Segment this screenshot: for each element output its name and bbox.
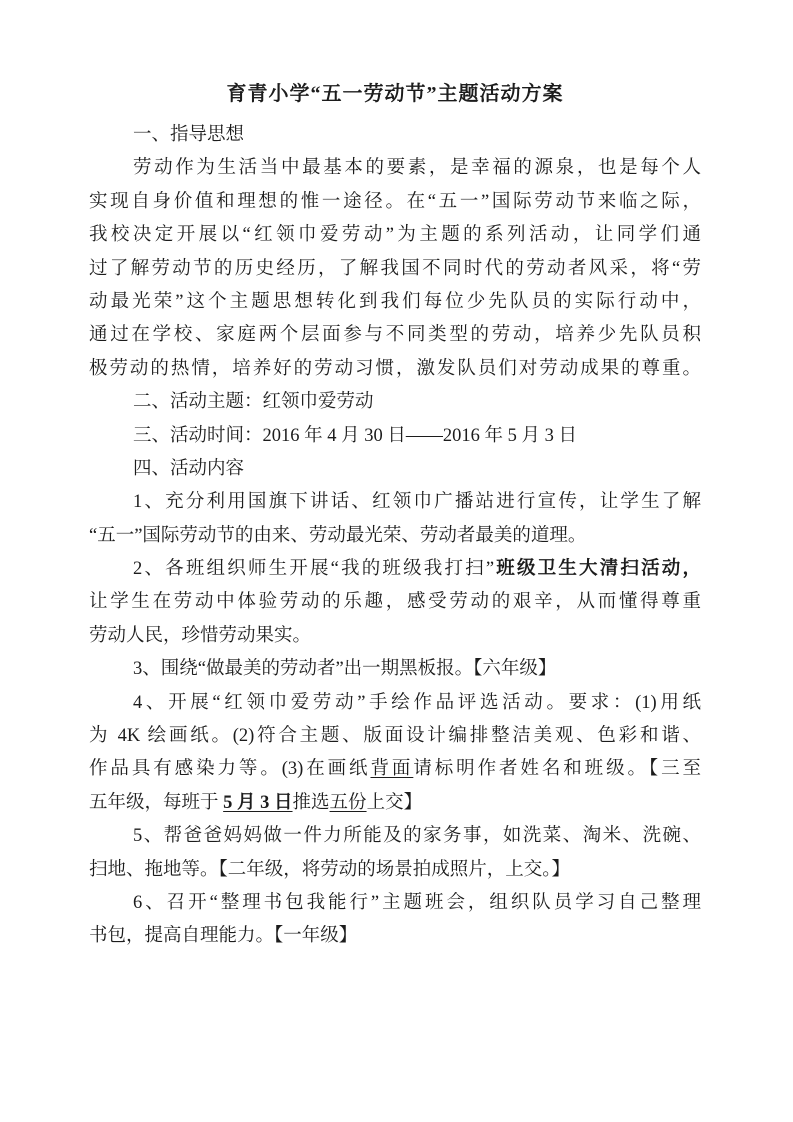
- doc-line: 三、活动时间：2016 年 4 月 30 日——2016 年 5 月 3 日: [89, 420, 701, 453]
- doc-line: 动最光荣”这个主题思想转化到我们每位少先队员的实际行动中，: [89, 286, 701, 319]
- text-segment: “五一”国际劳动节的由来、劳动最光荣、劳动者最美的道理。: [89, 526, 586, 546]
- text-segment: 实现自身价值和理想的惟一途径。在“五一”国际劳动节来临之际，: [89, 192, 701, 212]
- doc-line: 四、活动内容: [89, 453, 701, 486]
- doc-line: 6、召开“整理书包我能行”主题班会，组织队员学习自己整理: [89, 887, 701, 920]
- document-body: 一、指导思想劳动作为生活当中最基本的要素，是幸福的源泉，也是每个人实现自身价值和…: [89, 119, 701, 954]
- text-segment: 2、各班组织师生开展“我的班级我打扫”: [133, 559, 494, 579]
- text-segment: 二、活动主题：红领巾爱劳动: [133, 392, 374, 412]
- doc-line: 实现自身价值和理想的惟一途径。在“五一”国际劳动节来临之际，: [89, 186, 701, 219]
- doc-line: 2、各班组织师生开展“我的班级我打扫”班级卫生大清扫活动，: [89, 553, 701, 586]
- text-segment: 扫地、拖地等。【二年级，将劳动的场景拍成照片，上交。】: [89, 860, 570, 880]
- emphasized-text: 班级卫生大清扫活动，: [494, 559, 701, 579]
- emphasized-text: 背面: [370, 759, 413, 779]
- doc-line: 扫地、拖地等。【二年级，将劳动的场景拍成照片，上交。】: [89, 854, 701, 887]
- text-segment: 4、开展“红领巾爱劳动”手绘作品评选活动。要求：(1)用纸: [133, 693, 701, 713]
- doc-line: 极劳动的热情，培养好的劳动习惯，激发队员们对劳动成果的尊重。: [89, 353, 701, 386]
- text-segment: 请标明作者姓名和班级。【三至: [413, 759, 701, 779]
- text-segment: 通过在学校、家庭两个层面参与不同类型的劳动，培养少先队员积: [89, 325, 701, 345]
- text-segment: 1、充分利用国旗下讲话、红领巾广播站进行宣传，让学生了解: [133, 492, 701, 512]
- doc-line: 让学生在劳动中体验劳动的乐趣，感受劳动的艰辛，从而懂得尊重: [89, 586, 701, 619]
- doc-line: 二、活动主题：红领巾爱劳动: [89, 386, 701, 419]
- text-segment: 作品具有感染力等。(3)在画纸: [89, 759, 370, 779]
- emphasized-text: 五份: [330, 793, 367, 813]
- text-segment: 书包，提高自理能力。【一年级】: [89, 926, 357, 946]
- text-segment: 一、指导思想: [133, 125, 244, 145]
- text-segment: 我校决定开展以“红领巾爱劳动”为主题的系列活动，让同学们通: [89, 225, 701, 245]
- document-page: 育青小学“五一劳动节”主题活动方案 一、指导思想劳动作为生活当中最基本的要素，是…: [0, 0, 793, 1122]
- doc-line: 我校决定开展以“红领巾爱劳动”为主题的系列活动，让同学们通: [89, 219, 701, 252]
- doc-line: 作品具有感染力等。(3)在画纸背面请标明作者姓名和班级。【三至: [89, 753, 701, 786]
- doc-line: 1、充分利用国旗下讲话、红领巾广播站进行宣传，让学生了解: [89, 486, 701, 519]
- text-segment: 劳动人民，珍惜劳动果实。: [89, 626, 311, 646]
- doc-line: 过了解劳动节的历史经历，了解我国不同时代的劳动者风采，将“劳: [89, 253, 701, 286]
- doc-line: 4、开展“红领巾爱劳动”手绘作品评选活动。要求：(1)用纸: [89, 687, 701, 720]
- doc-line: 一、指导思想: [89, 119, 701, 152]
- text-segment: 劳动作为生活当中最基本的要素，是幸福的源泉，也是每个人: [133, 158, 701, 178]
- doc-line: “五一”国际劳动节的由来、劳动最光荣、劳动者最美的道理。: [89, 520, 701, 553]
- document-content: 育青小学“五一劳动节”主题活动方案 一、指导思想劳动作为生活当中最基本的要素，是…: [89, 80, 701, 954]
- doc-line: 五年级，每班于 5 月 3 日推选五份上交】: [89, 787, 701, 820]
- text-segment: 动最光荣”这个主题思想转化到我们每位少先队员的实际行动中，: [89, 292, 701, 312]
- doc-line: 劳动人民，珍惜劳动果实。: [89, 620, 701, 653]
- text-segment: 推选: [293, 793, 330, 813]
- text-segment: 三、活动时间：2016 年 4 月 30 日——2016 年 5 月 3 日: [133, 426, 577, 446]
- text-segment: 过了解劳动节的历史经历，了解我国不同时代的劳动者风采，将“劳: [89, 259, 701, 279]
- doc-line: 劳动作为生活当中最基本的要素，是幸福的源泉，也是每个人: [89, 152, 701, 185]
- text-segment: 为 4K 绘画纸。(2)符合主题、版面设计编排整洁美观、色彩和谐、: [89, 726, 701, 746]
- text-segment: 上交】: [367, 793, 423, 813]
- text-segment: 让学生在劳动中体验劳动的乐趣，感受劳动的艰辛，从而懂得尊重: [89, 592, 701, 612]
- text-segment: 五年级，每班于: [89, 793, 223, 813]
- document-title: 育青小学“五一劳动节”主题活动方案: [89, 80, 701, 108]
- text-segment: 四、活动内容: [133, 459, 244, 479]
- doc-line: 5、帮爸爸妈妈做一件力所能及的家务事，如洗菜、淘米、洗碗、: [89, 820, 701, 853]
- doc-line: 通过在学校、家庭两个层面参与不同类型的劳动，培养少先队员积: [89, 319, 701, 352]
- doc-line: 3、围绕“做最美的劳动者”出一期黑板报。【六年级】: [89, 653, 701, 686]
- text-segment: 5、帮爸爸妈妈做一件力所能及的家务事，如洗菜、淘米、洗碗、: [133, 826, 701, 846]
- doc-line: 为 4K 绘画纸。(2)符合主题、版面设计编排整洁美观、色彩和谐、: [89, 720, 701, 753]
- text-segment: 6、召开“整理书包我能行”主题班会，组织队员学习自己整理: [133, 893, 701, 913]
- doc-line: 书包，提高自理能力。【一年级】: [89, 920, 701, 953]
- emphasized-text: 5 月 3 日: [223, 793, 292, 813]
- text-segment: 3、围绕“做最美的劳动者”出一期黑板报。【六年级】: [133, 659, 556, 679]
- text-segment: 极劳动的热情，培养好的劳动习惯，激发队员们对劳动成果的尊重。: [89, 359, 701, 379]
